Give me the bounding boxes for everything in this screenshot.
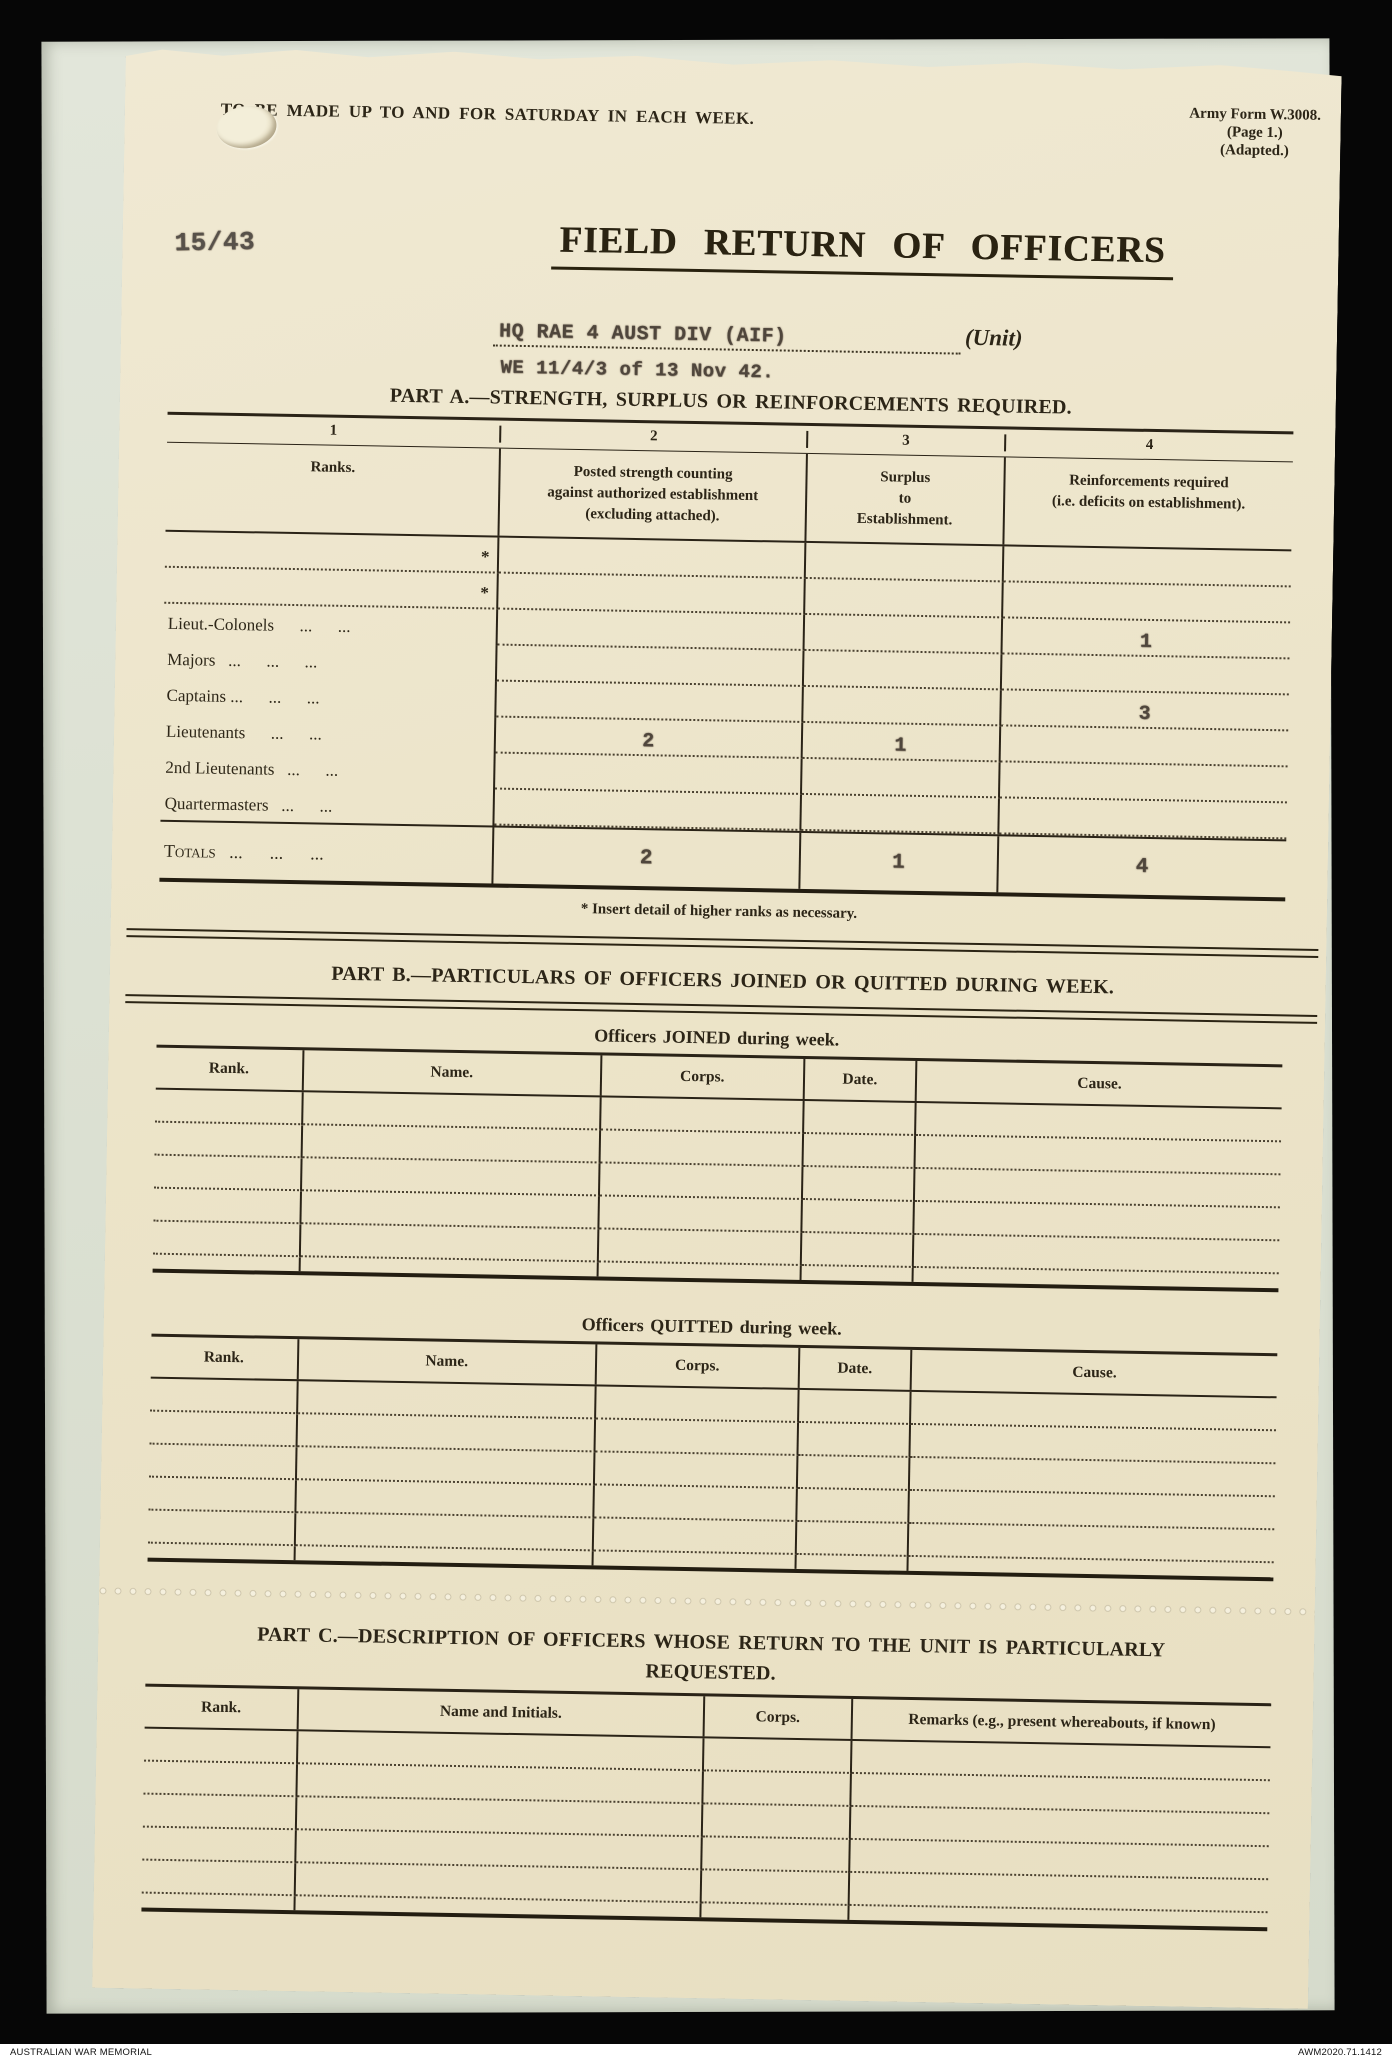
page-title: FIELD RETURN OF OFFICERS: [551, 218, 1174, 280]
col-header-cause: Cause.: [912, 1350, 1277, 1396]
form-page-number: (Page 1.): [1189, 123, 1321, 143]
col-header-corps: Corps.: [597, 1344, 800, 1388]
form-number-block: Army Form W.3008. (Page 1.) (Adapted.): [1189, 105, 1322, 161]
rank-label: Lieut.-Colonels ... ...: [168, 614, 351, 637]
officers-quitted-table: Rank. Name. Corps. Date. Cause.: [148, 1334, 1278, 1582]
higher-rank-asterisk: *: [480, 583, 489, 603]
title-row: 15/43 FIELD RETURN OF OFFICERS: [122, 186, 1339, 267]
col-header-reinforcements: Reinforcements required (i.e. deficits o…: [1004, 457, 1293, 549]
part-b-heading: PART B.—PARTICULARS OF OFFICERS JOINED O…: [150, 960, 1296, 1003]
top-note: TO BE MADE UP TO AND FOR SATURDAY IN EAC…: [221, 100, 755, 129]
archive-accession-number: AWM2020.71.1412: [1298, 2047, 1382, 2058]
rank-label: 2nd Lieutenants ... ...: [165, 758, 338, 781]
posted-strength-value: 2: [642, 730, 655, 753]
unit-value: HQ RAE 4 AUST DIV (AIF): [499, 321, 787, 349]
rank-label: Quartermasters ... ...: [165, 794, 333, 817]
totals-surplus: 1: [892, 851, 906, 874]
unit-entry-line: HQ RAE 4 AUST DIV (AIF): [493, 320, 961, 354]
form-adapted-note: (Adapted.): [1189, 141, 1321, 161]
col-header-date: Date.: [799, 1348, 912, 1390]
col-header-name: Name.: [303, 1050, 602, 1095]
war-establishment-line: WE 11/4/3 of 13 Nov 42.: [500, 357, 1336, 394]
col-header-ranks: Ranks.: [166, 443, 502, 536]
col-header-corps: Corps.: [704, 1696, 853, 1739]
col-header-rank: Rank.: [156, 1048, 304, 1091]
divider-rule: [126, 928, 1318, 958]
archive-footer-bar: AUSTRALIAN WAR MEMORIAL AWM2020.71.1412: [0, 2044, 1392, 2061]
col-header-date: Date.: [804, 1059, 917, 1101]
surplus-value: 1: [894, 735, 907, 758]
unit-label: (Unit): [965, 325, 1023, 351]
col-header-surplus: Surplus to Establishment.: [806, 454, 1006, 544]
reinforcements-value: 1: [1140, 631, 1153, 654]
part-a-table: 1 2 3 4 Ranks. Posted strength counting …: [159, 412, 1293, 902]
part-c-table: Rank. Name and Initials. Corps. Remarks …: [141, 1684, 1271, 1932]
col-header-name: Name.: [298, 1339, 597, 1384]
higher-rank-asterisk: *: [481, 547, 490, 567]
totals-reinforcements: 4: [1135, 855, 1149, 878]
totals-label: Totals ... ... ...: [164, 841, 324, 865]
col-header-cause: Cause.: [917, 1061, 1282, 1107]
unit-row: HQ RAE 4 AUST DIV (AIF)(Unit): [493, 316, 1337, 361]
col-header-rank: Rank.: [145, 1687, 300, 1730]
archive-institution: AUSTRALIAN WAR MEMORIAL: [10, 2047, 152, 2058]
reinforcements-value: 3: [1138, 703, 1151, 726]
form-page: TO BE MADE UP TO AND FOR SATURDAY IN EAC…: [92, 44, 1342, 2009]
col-header-remarks: Remarks (e.g., present whereabouts, if k…: [853, 1699, 1271, 1746]
form-number: Army Form W.3008.: [1189, 105, 1321, 125]
col-header-name-initials: Name and Initials.: [299, 1689, 705, 1736]
rank-label: Captains ... ... ...: [166, 686, 319, 709]
part-c-heading: PART C.—DESCRIPTION OF OFFICERS WHOSE RE…: [137, 1617, 1284, 1697]
col-header-corps: Corps.: [602, 1055, 805, 1099]
col-header-rank: Rank.: [151, 1337, 299, 1380]
officers-joined-table: Rank. Name. Corps. Date. Cause.: [153, 1045, 1283, 1293]
totals-posted: 2: [640, 847, 654, 870]
perforation-line: [69, 1586, 1345, 1616]
rank-label: Lieutenants ... ...: [166, 722, 322, 745]
archive-scan-background: TO BE MADE UP TO AND FOR SATURDAY IN EAC…: [0, 0, 1392, 2061]
col-header-posted-strength: Posted strength counting against authori…: [500, 449, 808, 541]
rank-label: Majors ... ... ...: [167, 650, 317, 673]
registry-stamp: 15/43: [174, 227, 255, 258]
